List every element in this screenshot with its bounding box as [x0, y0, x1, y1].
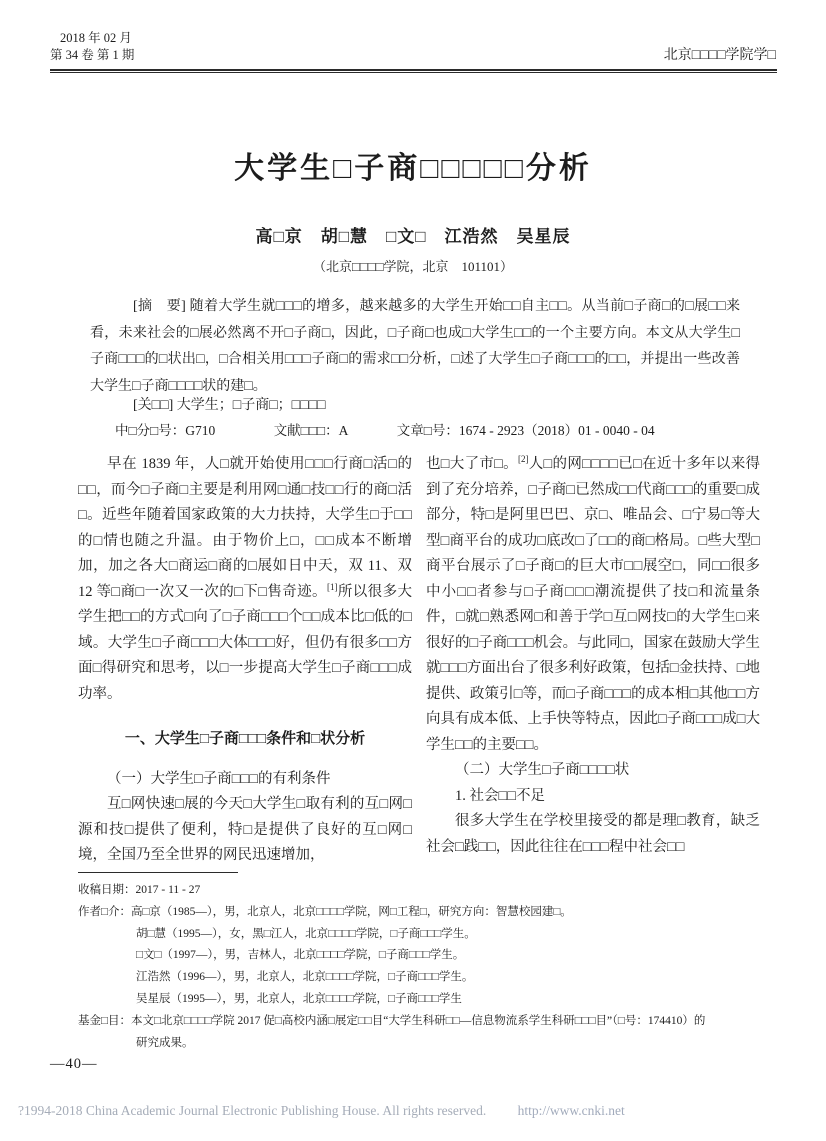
paragraph-text: 人□的网□□□□已□在近十多年以来得到了充分培养，□子商□已然成□□代商□□□的…: [426, 456, 760, 753]
clc-number: 中□分□号：G710: [115, 423, 215, 438]
received-date: 收稿日期：2017 - 11 - 27: [78, 880, 768, 902]
left-column: 早在 1839 年，人□就开始使用□□□行商□活□的□□，而今□子商□主要是利用…: [78, 452, 412, 872]
page-header: 2018 年 02 月 第 34 卷 第 1 期 北京□□□□学院学□: [50, 30, 776, 64]
reference-mark-2: [2]: [518, 454, 529, 464]
author-bio-2: 胡□慧（1995—），女，黑□江人，北京□□□□学院，□子商□□□学生。: [78, 924, 768, 946]
paragraph-text: 早在 1839 年，人□就开始使用□□□行商□活□的□□，而今□子商□主要是利用…: [78, 456, 412, 600]
keywords-label: [关□□]: [133, 398, 173, 413]
keywords-line: [关□□] 大学生；□子商□；□□□□: [90, 394, 740, 414]
paragraph-social-experience: 很多大学生在学校里接受的都是理□教育，缺乏社会□践□□，因此往往在□□□程中社会…: [426, 809, 760, 860]
journal-page: 2018 年 02 月 第 34 卷 第 1 期 北京□□□□学院学□ 大学生□…: [0, 0, 826, 1141]
footnote-block: 收稿日期：2017 - 11 - 27 作者□介：高□京（1985—），男，北京…: [78, 872, 768, 1054]
article-id: 文章□号：1674 - 2923（2018）01 - 0040 - 04: [397, 423, 655, 438]
cnki-url: http://www.cnki.net: [518, 1103, 625, 1118]
right-column: 也□大了市□。[2]人□的网□□□□已□在近十多年以来得到了充分培养，□子商□已…: [426, 452, 760, 872]
abstract-label: [摘 要]: [133, 299, 186, 314]
journal-name: 北京□□□□学院学□: [664, 44, 776, 64]
paragraph-intro: 早在 1839 年，人□就开始使用□□□行商□活□的□□，而今□子商□主要是利用…: [78, 452, 412, 707]
paragraph-text: 所以很多大学生把□□的方式□向了□子商□□□个□□成本比□低的□域。大学生□子商…: [78, 584, 412, 702]
copyright-footer: ?1994-2018 China Academic Journal Electr…: [18, 1103, 816, 1119]
body-columns: 早在 1839 年，人□就开始使用□□□行商□活□的□□，而今□子商□主要是利用…: [78, 452, 760, 872]
section-heading-1: 一、大学生□子商□□□条件和□状分析: [78, 726, 412, 752]
document-code: 文献□□□：A: [274, 423, 349, 438]
header-double-rule: [50, 69, 777, 73]
paragraph-favorable-conditions: 互□网快速□展的今天□大学生□取有利的互□网□源和技□提供了便利，特□是提供了良…: [78, 792, 412, 869]
reference-mark-1: [1]: [327, 582, 338, 592]
affiliation-line: （北京□□□□学院，北京 101101）: [0, 256, 826, 275]
paragraph-text: 也□大了市□。: [426, 456, 518, 472]
author-bio-1: 作者□介：高□京（1985—），男，北京人，北京□□□□学院，网□工程□，研究方…: [78, 902, 768, 924]
subsection-heading-2: （二）大学生□子商□□□□状: [426, 758, 760, 784]
subsection-heading-1: （一）大学生□子商□□□的有利条件: [78, 767, 412, 793]
author-bio-4: 江浩然（1996—），男，北京人，北京□□□□学院，□子商□□□学生。: [78, 967, 768, 989]
page-number: —40—: [50, 1056, 98, 1073]
author-bio-5: 吴星辰（1995—），男，北京人，北京□□□□学院，□子商□□□学生: [78, 989, 768, 1011]
author-bio-3: □文□（1997—），男，吉林人，北京□□□□学院，□子商□□□学生。: [78, 945, 768, 967]
fund-note-continued: 研究成果。: [78, 1033, 768, 1055]
meta-line: 中□分□号：G710 文献□□□：A 文章□号：1674 - 2923（2018…: [115, 419, 766, 439]
footnote-rule: [78, 872, 238, 873]
copyright-text: ?1994-2018 China Academic Journal Electr…: [18, 1103, 486, 1118]
keywords-text: 大学生；□子商□；□□□□: [177, 398, 326, 413]
paragraph-continued: 也□大了市□。[2]人□的网□□□□已□在近十多年以来得到了充分培养，□子商□已…: [426, 452, 760, 758]
paper-title: 大学生□子商□□□□□分析: [0, 143, 826, 187]
fund-note: 基金□目：本文□北京□□□□学院 2017 促□高校内涵□展定□□目“大学生科研…: [78, 1011, 768, 1033]
abstract-paragraph: [摘 要] 随着大学生就□□□的增多，越来越多的大学生开始□□自主□□。从当前□…: [90, 294, 740, 400]
list-item-1: 1. 社会□□不足: [426, 784, 760, 810]
authors-line: 高□京 胡□慧 □文□ 江浩然 吴星辰: [0, 222, 826, 247]
abstract-text: 随着大学生就□□□的增多，越来越多的大学生开始□□自主□□。从当前□子商□的□展…: [90, 299, 740, 394]
